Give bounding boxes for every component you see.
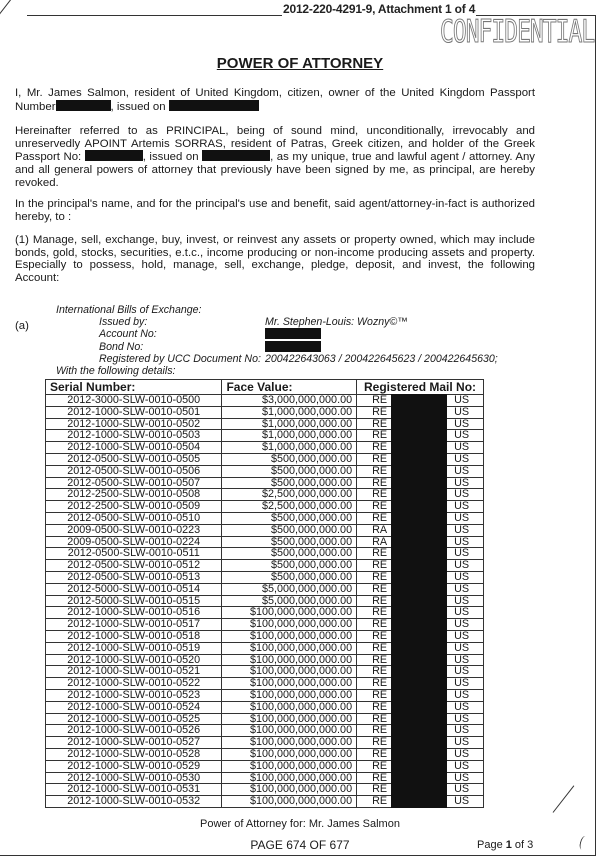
mail-prefix: RE xyxy=(372,773,387,784)
mail-prefix: RE xyxy=(372,784,387,795)
page-frame-bottom xyxy=(0,855,596,856)
registered-mail-cell: REUS xyxy=(357,548,484,560)
serial-number-cell: 2012-1000-SLW-0010-0525 xyxy=(46,713,222,725)
issued-by-label: Issued by: xyxy=(99,316,147,328)
mail-prefix: RE xyxy=(372,430,387,441)
mail-suffix: US xyxy=(454,442,469,453)
table-row: 2012-1000-SLW-0010-0504$1,000,000,000.00… xyxy=(46,442,484,454)
bonds-table: Serial Number: Face Value: Registered Ma… xyxy=(45,379,484,808)
face-value-cell: $100,000,000,000.00 xyxy=(222,772,357,784)
registered-mail-cell: REUS xyxy=(357,760,484,772)
mail-suffix: US xyxy=(454,584,469,595)
mail-prefix: RE xyxy=(372,666,387,677)
registered-mail-cell: REUS xyxy=(357,607,484,619)
table-row: 2009-0500-SLW-0010-0223$500,000,000.00RA… xyxy=(46,524,484,536)
bond-label: Bond No: xyxy=(99,341,143,353)
registered-mail-cell: REUS xyxy=(357,453,484,465)
redaction-bond-number xyxy=(265,341,321,352)
face-value-cell: $100,000,000,000.00 xyxy=(222,619,357,631)
mail-suffix: US xyxy=(454,513,469,524)
mail-suffix: US xyxy=(454,666,469,677)
table-row: 2012-1000-SLW-0010-0501$1,000,000,000.00… xyxy=(46,406,484,418)
face-value-cell: $1,000,000,000.00 xyxy=(222,430,357,442)
face-value-cell: $100,000,000,000.00 xyxy=(222,689,357,701)
table-row: 2012-1000-SLW-0010-0530$100,000,000,000.… xyxy=(46,772,484,784)
mail-suffix: US xyxy=(454,501,469,512)
table-row: 2012-1000-SLW-0010-0522$100,000,000,000.… xyxy=(46,678,484,690)
table-row: 2012-5000-SLW-0010-0515$5,000,000,000.00… xyxy=(46,595,484,607)
table-row: 2009-0500-SLW-0010-0224$500,000,000.00RA… xyxy=(46,536,484,548)
face-value-cell: $500,000,000.00 xyxy=(222,571,357,583)
table-row: 2012-5000-SLW-0010-0514$5,000,000,000.00… xyxy=(46,583,484,595)
paragraph-text: , issued on xyxy=(111,101,166,113)
table-row: 2012-0500-SLW-0010-0505$500,000,000.00RE… xyxy=(46,453,484,465)
mail-prefix: RE xyxy=(372,478,387,489)
mail-suffix: US xyxy=(454,572,469,583)
mail-prefix: RA xyxy=(372,525,387,536)
mail-prefix: RE xyxy=(372,655,387,666)
serial-number-cell: 2012-1000-SLW-0010-0516 xyxy=(46,607,222,619)
serial-number-cell: 2012-1000-SLW-0010-0529 xyxy=(46,760,222,772)
mail-prefix: RE xyxy=(372,407,387,418)
mail-suffix: US xyxy=(454,761,469,772)
mail-suffix: US xyxy=(454,678,469,689)
mail-suffix: US xyxy=(454,714,469,725)
serial-number-cell: 2012-0500-SLW-0010-0510 xyxy=(46,512,222,524)
serial-number-cell: 2012-1000-SLW-0010-0526 xyxy=(46,725,222,737)
face-value-cell: $100,000,000,000.00 xyxy=(222,654,357,666)
serial-number-cell: 2012-1000-SLW-0010-0531 xyxy=(46,784,222,796)
mail-prefix: RE xyxy=(372,796,387,807)
mail-suffix: US xyxy=(454,596,469,607)
page-mid: of xyxy=(512,839,527,851)
mail-suffix: US xyxy=(454,548,469,559)
ucc-value: 200422643063 / 200422645623 / 2004226456… xyxy=(265,353,498,365)
serial-number-cell: 2012-2500-SLW-0010-0508 xyxy=(46,489,222,501)
serial-number-cell: 2012-0500-SLW-0010-0512 xyxy=(46,560,222,572)
registered-mail-cell: REUS xyxy=(357,701,484,713)
mail-prefix: RE xyxy=(372,572,387,583)
table-row: 2012-1000-SLW-0010-0503$1,000,000,000.00… xyxy=(46,430,484,442)
face-value-cell: $1,000,000,000.00 xyxy=(222,406,357,418)
pen-mark xyxy=(0,0,30,19)
face-value-cell: $100,000,000,000.00 xyxy=(222,748,357,760)
paragraph-powers: (1) Manage, sell, exchange, buy, invest,… xyxy=(15,234,535,285)
signature-mark xyxy=(553,785,575,812)
face-value-cell: $500,000,000.00 xyxy=(222,560,357,572)
mail-suffix: US xyxy=(454,607,469,618)
serial-number-cell: 2012-1000-SLW-0010-0528 xyxy=(46,748,222,760)
registered-mail-cell: REUS xyxy=(357,737,484,749)
face-value-cell: $500,000,000.00 xyxy=(222,548,357,560)
face-value-cell: $100,000,000,000.00 xyxy=(222,725,357,737)
serial-number-cell: 2012-0500-SLW-0010-0506 xyxy=(46,465,222,477)
mail-suffix: US xyxy=(454,430,469,441)
mail-prefix: RE xyxy=(372,596,387,607)
serial-number-cell: 2012-0500-SLW-0010-0507 xyxy=(46,477,222,489)
registered-mail-cell: RAUS xyxy=(357,524,484,536)
mail-prefix: RE xyxy=(372,454,387,465)
page-prefix: Page xyxy=(477,839,506,851)
table-row: 2012-1000-SLW-0010-0502$1,000,000,000.00… xyxy=(46,418,484,430)
mail-prefix: RE xyxy=(372,501,387,512)
registered-mail-cell: REUS xyxy=(357,796,484,808)
registered-mail-cell: REUS xyxy=(357,560,484,572)
face-value-cell: $100,000,000,000.00 xyxy=(222,784,357,796)
footer-principal-line: Power of Attorney for: Mr. James Salmon xyxy=(0,818,600,830)
face-value-cell: $3,000,000,000.00 xyxy=(222,395,357,407)
mail-prefix: RE xyxy=(372,395,387,406)
registered-mail-cell: REUS xyxy=(357,477,484,489)
registered-mail-cell: REUS xyxy=(357,678,484,690)
mail-prefix: RE xyxy=(372,714,387,725)
table-row: 2012-1000-SLW-0010-0524$100,000,000,000.… xyxy=(46,701,484,713)
mail-suffix: US xyxy=(454,725,469,736)
serial-number-cell: 2012-1000-SLW-0010-0532 xyxy=(46,796,222,808)
section-a-label: (a) xyxy=(15,320,29,332)
table-row: 2012-0500-SLW-0010-0506$500,000,000.00RE… xyxy=(46,465,484,477)
table-row: 2012-1000-SLW-0010-0521$100,000,000,000.… xyxy=(46,666,484,678)
mail-prefix: RE xyxy=(372,442,387,453)
face-value-cell: $100,000,000,000.00 xyxy=(222,630,357,642)
serial-number-cell: 2012-5000-SLW-0010-0514 xyxy=(46,583,222,595)
table-body: 2012-3000-SLW-0010-0500$3,000,000,000.00… xyxy=(46,395,484,808)
mail-suffix: US xyxy=(454,489,469,500)
registered-mail-cell: REUS xyxy=(357,465,484,477)
table-row: 2012-1000-SLW-0010-0523$100,000,000,000.… xyxy=(46,689,484,701)
paragraph-authorization: In the principal's name, and for the pri… xyxy=(15,198,535,223)
mail-suffix: US xyxy=(454,631,469,642)
face-value-cell: $100,000,000,000.00 xyxy=(222,678,357,690)
face-value-cell: $500,000,000.00 xyxy=(222,512,357,524)
table-row: 2012-3000-SLW-0010-0500$3,000,000,000.00… xyxy=(46,395,484,407)
mail-prefix: RE xyxy=(372,725,387,736)
header-face-value: Face Value: xyxy=(222,380,357,395)
face-value-cell: $100,000,000,000.00 xyxy=(222,713,357,725)
mail-prefix: RE xyxy=(372,584,387,595)
registered-mail-cell: REUS xyxy=(357,501,484,513)
redaction-mail-number xyxy=(391,795,447,808)
mail-suffix: US xyxy=(454,773,469,784)
face-value-cell: $100,000,000,000.00 xyxy=(222,701,357,713)
header-serial-number: Serial Number: xyxy=(46,380,222,395)
registered-mail-cell: REUS xyxy=(357,713,484,725)
registered-mail-cell: REUS xyxy=(357,418,484,430)
mail-prefix: RE xyxy=(372,607,387,618)
mail-prefix: RE xyxy=(372,761,387,772)
redaction-passport-number xyxy=(56,100,111,111)
mail-suffix: US xyxy=(454,454,469,465)
mail-suffix: US xyxy=(454,690,469,701)
mail-prefix: RE xyxy=(372,466,387,477)
table-row: 2012-0500-SLW-0010-0513$500,000,000.00RE… xyxy=(46,571,484,583)
mail-prefix: RE xyxy=(372,560,387,571)
redaction-greek-passport xyxy=(85,150,143,161)
account-label: Account No: xyxy=(99,328,157,340)
document-title: POWER OF ATTORNEY xyxy=(0,55,600,72)
mail-suffix: US xyxy=(454,395,469,406)
registered-mail-cell: REUS xyxy=(357,666,484,678)
page-total: 3 xyxy=(527,839,533,851)
registered-mail-cell: REUS xyxy=(357,512,484,524)
mail-prefix: RE xyxy=(372,619,387,630)
table-row: 2012-2500-SLW-0010-0508$2,500,000,000.00… xyxy=(46,489,484,501)
table-row: 2012-1000-SLW-0010-0516$100,000,000,000.… xyxy=(46,607,484,619)
mail-suffix: US xyxy=(454,784,469,795)
mail-suffix: US xyxy=(454,749,469,760)
bill-heading: International Bills of Exchange: xyxy=(56,304,201,316)
table-header-row: Serial Number: Face Value: Registered Ma… xyxy=(46,380,484,395)
serial-number-cell: 2012-1000-SLW-0010-0503 xyxy=(46,430,222,442)
table-row: 2012-0500-SLW-0010-0511$500,000,000.00RE… xyxy=(46,548,484,560)
serial-number-cell: 2012-3000-SLW-0010-0500 xyxy=(46,395,222,407)
registered-mail-cell: REUS xyxy=(357,430,484,442)
mail-suffix: US xyxy=(454,478,469,489)
face-value-cell: $500,000,000.00 xyxy=(222,477,357,489)
table-row: 2012-0500-SLW-0010-0510$500,000,000.00RE… xyxy=(46,512,484,524)
face-value-cell: $100,000,000,000.00 xyxy=(222,642,357,654)
registered-mail-cell: REUS xyxy=(357,725,484,737)
serial-number-cell: 2012-0500-SLW-0010-0513 xyxy=(46,571,222,583)
page-frame-right xyxy=(595,15,596,855)
face-value-cell: $100,000,000,000.00 xyxy=(222,666,357,678)
face-value-cell: $1,000,000,000.00 xyxy=(222,442,357,454)
mail-suffix: US xyxy=(454,537,469,548)
mail-prefix: RE xyxy=(372,702,387,713)
registered-mail-cell: REUS xyxy=(357,395,484,407)
registered-mail-cell: REUS xyxy=(357,619,484,631)
registered-mail-cell: REUS xyxy=(357,571,484,583)
registered-mail-cell: REUS xyxy=(357,772,484,784)
table-row: 2012-1000-SLW-0010-0518$100,000,000,000.… xyxy=(46,630,484,642)
registered-mail-cell: REUS xyxy=(357,583,484,595)
face-value-cell: $2,500,000,000.00 xyxy=(222,501,357,513)
mail-prefix: RE xyxy=(372,631,387,642)
table-row: 2012-1000-SLW-0010-0519$100,000,000,000.… xyxy=(46,642,484,654)
registered-mail-cell: REUS xyxy=(357,642,484,654)
face-value-cell: $500,000,000.00 xyxy=(222,524,357,536)
details-label: With the following details: xyxy=(56,365,175,377)
face-value-cell: $100,000,000,000.00 xyxy=(222,607,357,619)
mail-suffix: US xyxy=(454,419,469,430)
serial-number-cell: 2012-1000-SLW-0010-0519 xyxy=(46,642,222,654)
table-row: 2012-1000-SLW-0010-0532$100,000,000,000.… xyxy=(46,796,484,808)
table-row: 2012-0500-SLW-0010-0507$500,000,000.00RE… xyxy=(46,477,484,489)
serial-number-cell: 2012-1000-SLW-0010-0523 xyxy=(46,689,222,701)
paragraph-text: , issued on xyxy=(143,151,199,163)
header-registered-mail: Registered Mail No: xyxy=(357,380,484,395)
mail-suffix: US xyxy=(454,619,469,630)
mail-suffix: US xyxy=(454,737,469,748)
table-row: 2012-1000-SLW-0010-0517$100,000,000,000.… xyxy=(46,619,484,631)
registered-mail-cell: REUS xyxy=(357,595,484,607)
mail-suffix: US xyxy=(454,643,469,654)
serial-number-cell: 2012-1000-SLW-0010-0530 xyxy=(46,772,222,784)
mail-suffix: US xyxy=(454,560,469,571)
table-row: 2012-2500-SLW-0010-0509$2,500,000,000.00… xyxy=(46,501,484,513)
serial-number-cell: 2012-1000-SLW-0010-0521 xyxy=(46,666,222,678)
serial-number-cell: 2012-1000-SLW-0010-0504 xyxy=(46,442,222,454)
serial-number-cell: 2009-0500-SLW-0010-0223 xyxy=(46,524,222,536)
face-value-cell: $500,000,000.00 xyxy=(222,453,357,465)
paragraph-appointment: Hereinafter referred to as PRINCIPAL, be… xyxy=(15,125,535,190)
serial-number-cell: 2012-5000-SLW-0010-0515 xyxy=(46,595,222,607)
serial-number-cell: 2012-1000-SLW-0010-0501 xyxy=(46,406,222,418)
serial-number-cell: 2012-1000-SLW-0010-0524 xyxy=(46,701,222,713)
face-value-cell: $100,000,000,000.00 xyxy=(222,796,357,808)
mail-suffix: US xyxy=(454,796,469,807)
mail-suffix: US xyxy=(454,525,469,536)
table-row: 2012-1000-SLW-0010-0529$100,000,000,000.… xyxy=(46,760,484,772)
mail-prefix: RE xyxy=(372,749,387,760)
table-row: 2012-1000-SLW-0010-0525$100,000,000,000.… xyxy=(46,713,484,725)
mail-prefix: RE xyxy=(372,737,387,748)
serial-number-cell: 2012-1000-SLW-0010-0517 xyxy=(46,619,222,631)
mail-prefix: RE xyxy=(372,548,387,559)
mail-suffix: US xyxy=(454,466,469,477)
mail-prefix: RE xyxy=(372,419,387,430)
mail-prefix: RA xyxy=(372,537,387,548)
registered-mail-cell: REUS xyxy=(357,784,484,796)
mail-suffix: US xyxy=(454,407,469,418)
issued-by-value: Mr. Stephen-Louis: Wozny©™ xyxy=(265,316,408,328)
face-value-cell: $1,000,000,000.00 xyxy=(222,418,357,430)
registered-mail-cell: REUS xyxy=(357,630,484,642)
mail-prefix: RE xyxy=(372,489,387,500)
serial-number-cell: 2012-1000-SLW-0010-0518 xyxy=(46,630,222,642)
registered-mail-cell: REUS xyxy=(357,406,484,418)
table-row: 2012-1000-SLW-0010-0520$100,000,000,000.… xyxy=(46,654,484,666)
confidential-stamp: CONFIDENTIAL xyxy=(440,15,594,50)
table-row: 2012-1000-SLW-0010-0526$100,000,000,000.… xyxy=(46,725,484,737)
paragraph-principal: I, Mr. James Salmon, resident of United … xyxy=(15,87,535,113)
mail-prefix: RE xyxy=(372,678,387,689)
serial-number-cell: 2012-0500-SLW-0010-0511 xyxy=(46,548,222,560)
serial-number-cell: 2012-0500-SLW-0010-0505 xyxy=(46,453,222,465)
face-value-cell: $2,500,000,000.00 xyxy=(222,489,357,501)
face-value-cell: $500,000,000.00 xyxy=(222,465,357,477)
mail-prefix: RE xyxy=(372,513,387,524)
table-row: 2012-1000-SLW-0010-0528$100,000,000,000.… xyxy=(46,748,484,760)
mail-suffix: US xyxy=(454,655,469,666)
table-row: 2012-1000-SLW-0010-0531$100,000,000,000.… xyxy=(46,784,484,796)
face-value-cell: $100,000,000,000.00 xyxy=(222,760,357,772)
redaction-greek-issue-date xyxy=(202,150,270,161)
serial-number-cell: 2012-1000-SLW-0010-0502 xyxy=(46,418,222,430)
registered-mail-cell: REUS xyxy=(357,689,484,701)
serial-number-cell: 2012-1000-SLW-0010-0520 xyxy=(46,654,222,666)
serial-number-cell: 2009-0500-SLW-0010-0224 xyxy=(46,536,222,548)
serial-number-cell: 2012-2500-SLW-0010-0509 xyxy=(46,501,222,513)
registered-mail-cell: REUS xyxy=(357,654,484,666)
serial-number-cell: 2012-1000-SLW-0010-0527 xyxy=(46,737,222,749)
face-value-cell: $100,000,000,000.00 xyxy=(222,737,357,749)
face-value-cell: $5,000,000,000.00 xyxy=(222,595,357,607)
table-row: 2012-0500-SLW-0010-0512$500,000,000.00RE… xyxy=(46,560,484,572)
mail-prefix: RE xyxy=(372,643,387,654)
registered-mail-cell: REUS xyxy=(357,489,484,501)
redaction-issue-date xyxy=(169,100,259,111)
redaction-account-number xyxy=(265,328,321,339)
mail-prefix: RE xyxy=(372,690,387,701)
mail-suffix: US xyxy=(454,702,469,713)
registered-mail-cell: REUS xyxy=(357,442,484,454)
table-row: 2012-1000-SLW-0010-0527$100,000,000,000.… xyxy=(46,737,484,749)
ucc-label: Registered by UCC Document No: xyxy=(99,353,261,365)
registered-mail-cell: REUS xyxy=(357,748,484,760)
footer-page-count: Page 1 of 3 xyxy=(477,839,533,851)
serial-number-cell: 2012-1000-SLW-0010-0522 xyxy=(46,678,222,690)
face-value-cell: $5,000,000,000.00 xyxy=(222,583,357,595)
face-value-cell: $500,000,000.00 xyxy=(222,536,357,548)
registered-mail-cell: RAUS xyxy=(357,536,484,548)
